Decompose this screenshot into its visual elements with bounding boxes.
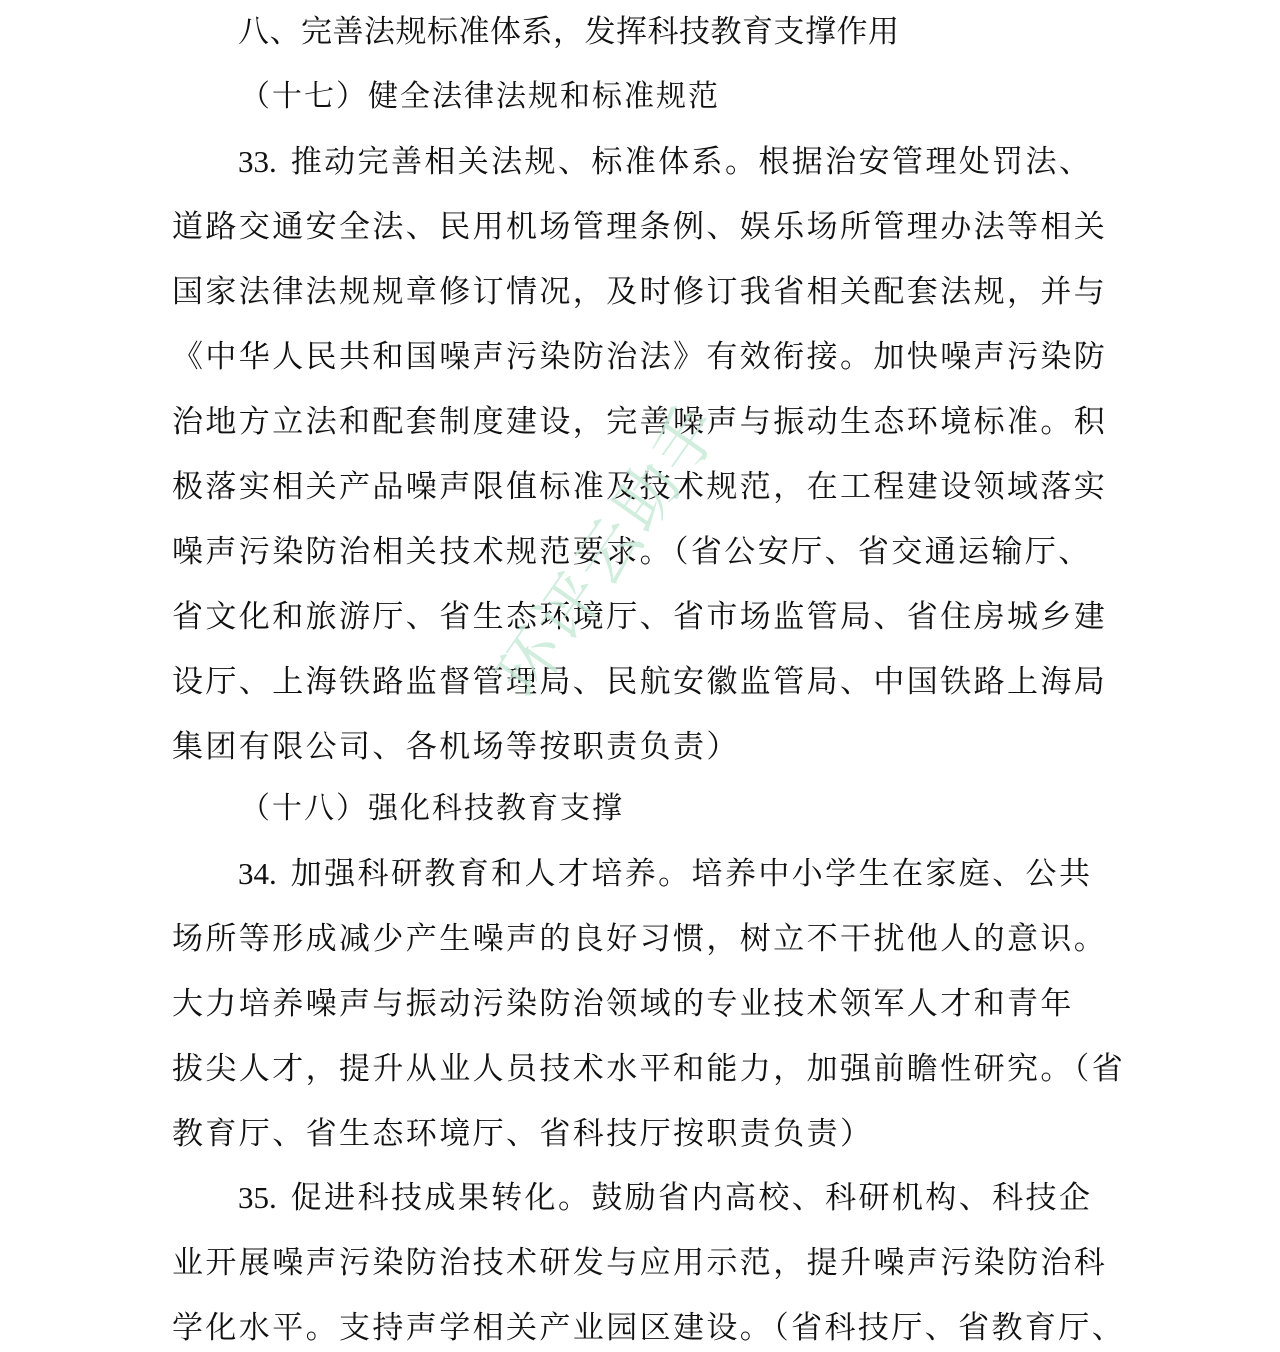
- item-33-line-10: 集团有限公司、各机场等按职责负责）: [172, 727, 1122, 767]
- document-page: 八、完善法规标准体系，发挥科技教育支撑作用 （十七）健全法律法规和标准规范 33…: [0, 0, 1280, 1352]
- item-33-line-4: 《中华人民共和国噪声污染防治法》有效衔接。加快噪声污染防: [172, 337, 1122, 377]
- subsection-heading-17: （十七）健全法律法规和标准规范: [240, 77, 720, 117]
- item-34-line-2: 场所等形成减少产生噪声的良好习惯，树立不干扰他人的意识。: [172, 919, 1122, 959]
- item-33-line-7: 噪声污染防治相关技术规范要求。（省公安厅、省交通运输厅、: [172, 532, 1122, 572]
- item-33-line-5: 治地方立法和配套制度建设，完善噪声与振动生态环境标准。积: [172, 402, 1122, 442]
- item-33-line-1: 33.推动完善相关法规、标准体系。根据治安管理处罚法、: [238, 142, 1122, 182]
- item-34-line-3: 大力培养噪声与振动污染防治领域的专业技术领军人才和青年: [172, 984, 1122, 1024]
- item-text: 推动完善相关法规、标准体系。根据治安管理处罚法、: [291, 144, 1093, 180]
- item-34-line-1: 34.加强科研教育和人才培养。培养中小学生在家庭、公共: [238, 854, 1122, 894]
- item-33-line-8: 省文化和旅游厅、省生态环境厅、省市场监管局、省住房城乡建: [172, 597, 1122, 637]
- item-35-line-3: 学化水平。支持声学相关产业园区建设。（省科技厅、省教育厅、: [172, 1308, 1122, 1348]
- item-number: 33.: [238, 144, 277, 179]
- item-33-line-3: 国家法律法规规章修订情况，及时修订我省相关配套法规，并与: [172, 272, 1122, 312]
- item-number: 34.: [238, 856, 277, 891]
- item-text: 加强科研教育和人才培养。培养中小学生在家庭、公共: [291, 856, 1093, 892]
- item-34-line-5: 教育厅、省生态环境厅、省科技厅按职责负责）: [172, 1114, 1122, 1154]
- item-33-line-6: 极落实相关产品噪声限值标准及技术规范，在工程建设领域落实: [172, 467, 1122, 507]
- item-35-line-2: 业开展噪声污染防治技术研发与应用示范，提升噪声污染防治科: [172, 1243, 1122, 1283]
- item-34-line-4: 拔尖人才，提升从业人员技术水平和能力，加强前瞻性研究。（省: [172, 1049, 1122, 1089]
- section-heading: 八、完善法规标准体系，发挥科技教育支撑作用: [238, 12, 900, 52]
- item-35-line-1: 35.促进科技成果转化。鼓励省内高校、科研机构、科技企: [238, 1178, 1122, 1218]
- item-text: 促进科技成果转化。鼓励省内高校、科研机构、科技企: [291, 1180, 1093, 1216]
- item-33-line-2: 道路交通安全法、民用机场管理条例、娱乐场所管理办法等相关: [172, 207, 1122, 247]
- item-33-line-9: 设厅、上海铁路监督管理局、民航安徽监管局、中国铁路上海局: [172, 662, 1122, 702]
- subsection-heading-18: （十八）强化科技教育支撑: [240, 789, 624, 829]
- item-number: 35.: [238, 1180, 277, 1215]
